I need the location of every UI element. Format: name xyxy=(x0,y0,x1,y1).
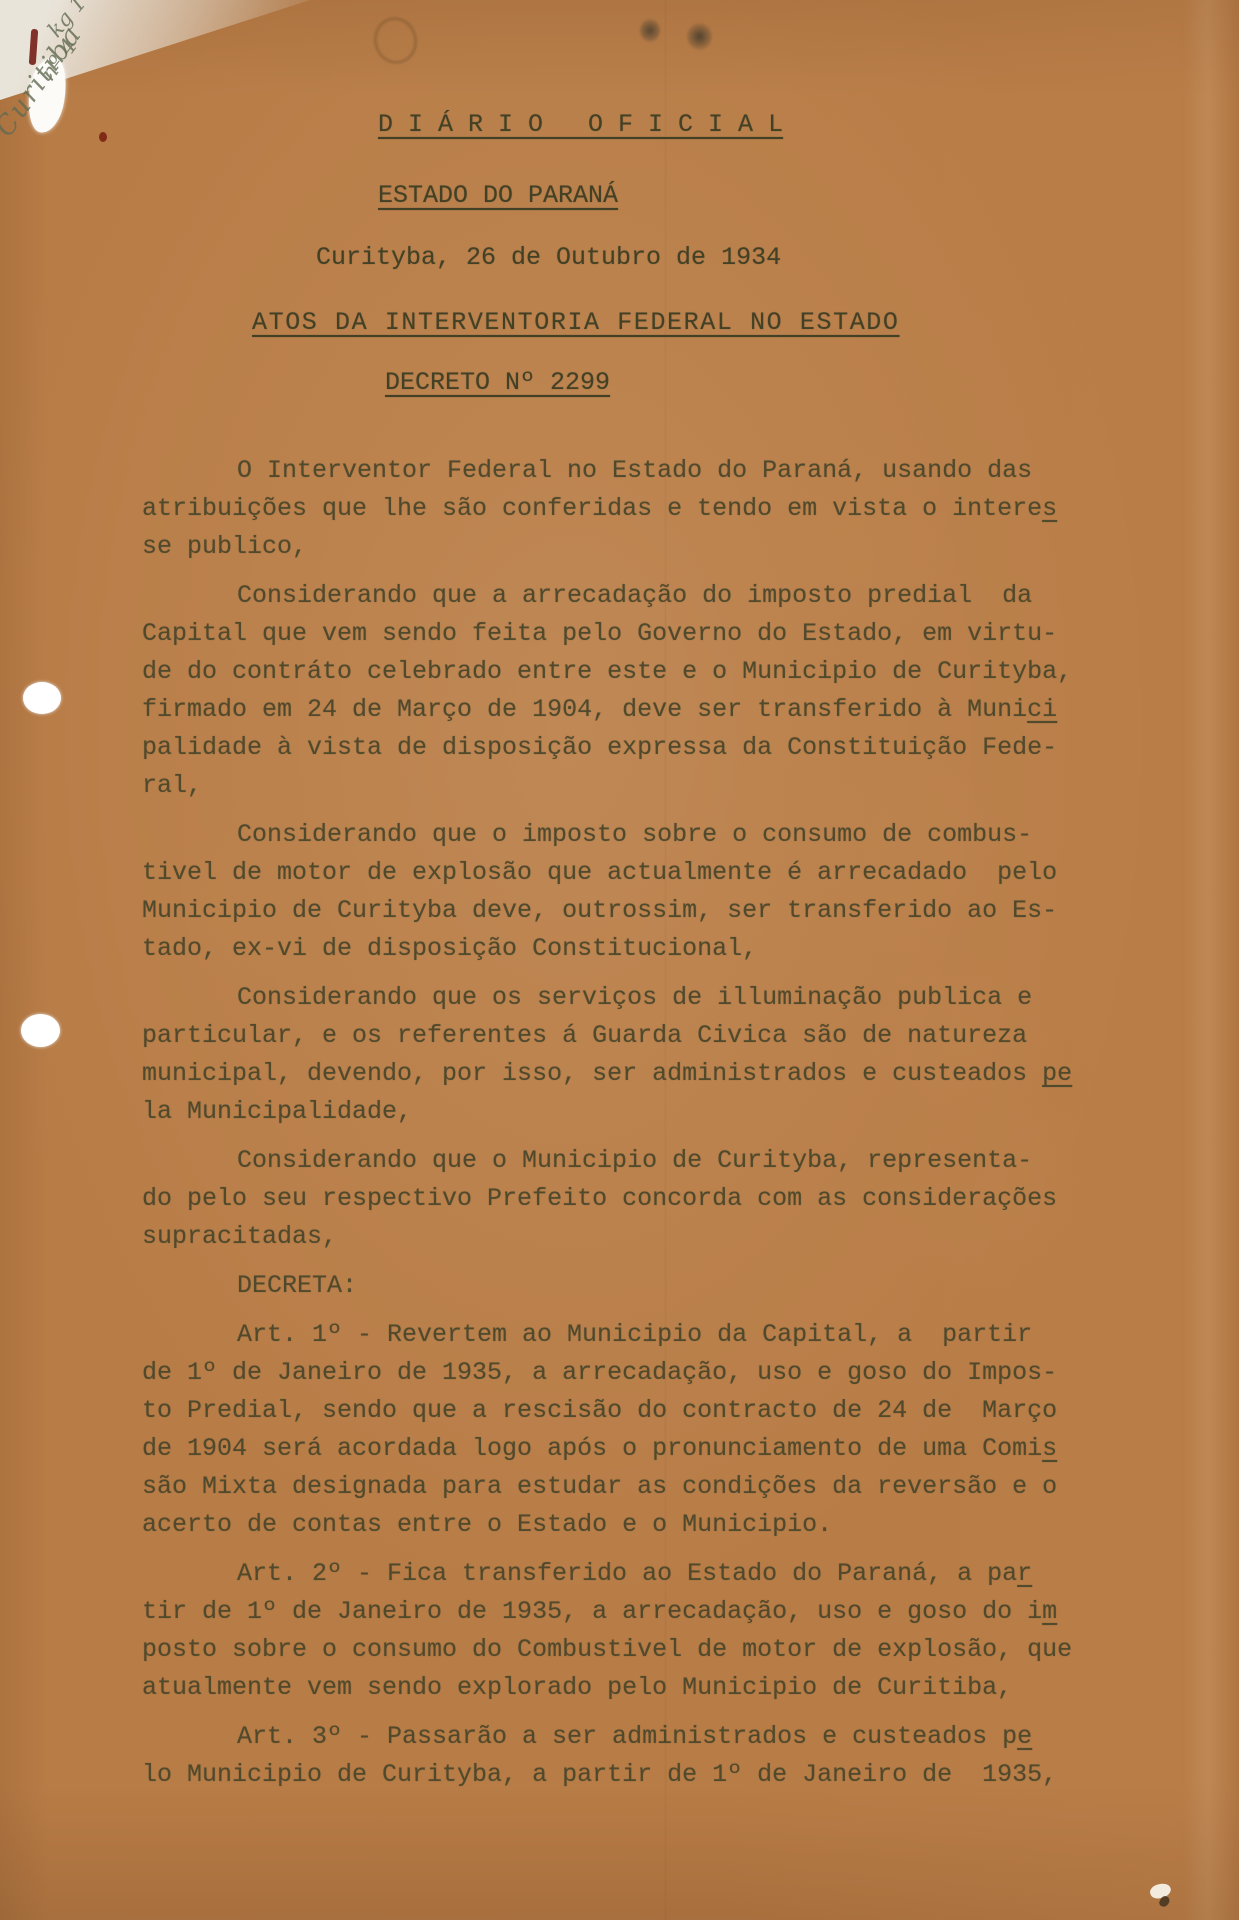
document-line: Considerando que a arrecadação do impost… xyxy=(142,577,1122,615)
paragraph: Art. 2º - Fica transferido ao Estado do … xyxy=(142,1555,1122,1707)
punch-hole xyxy=(23,682,61,714)
hyphenation-underline: s xyxy=(1042,494,1057,523)
document-line: Municipio de Curityba deve, outrossim, s… xyxy=(142,892,1122,930)
document-line: la Municipalidade, xyxy=(142,1093,1122,1131)
document-line: atualmente vem sendo explorado pelo Muni… xyxy=(142,1669,1122,1707)
paragraph: Art. 1º - Revertem ao Municipio da Capit… xyxy=(142,1316,1122,1544)
red-ink-dot xyxy=(99,132,107,142)
document-line: tir de 1º de Janeiro de 1935, a arrecada… xyxy=(142,1593,1122,1631)
document-line: acerto de contas entre o Estado e o Muni… xyxy=(142,1506,1122,1544)
paragraph: Considerando que os serviços de illumina… xyxy=(142,979,1122,1131)
hyphenation-underline: ci xyxy=(1027,695,1057,724)
document-line: lo Municipio de Curityba, a partir de 1º… xyxy=(142,1756,1122,1794)
document-line: palidade à vista de disposição expressa … xyxy=(142,729,1122,767)
document-line: firmado em 24 de Março de 1904, deve ser… xyxy=(142,691,1122,729)
paragraph: Art. 3º - Passarão a ser administrados e… xyxy=(142,1718,1122,1794)
document-line: Art. 2º - Fica transferido ao Estado do … xyxy=(142,1555,1122,1593)
document-line: Capital que vem sendo feita pelo Governo… xyxy=(142,615,1122,653)
hyphenation-underline: m xyxy=(1042,1597,1057,1626)
paragraph: Considerando que a arrecadação do impost… xyxy=(142,577,1122,805)
document-line: posto sobre o consumo do Combustivel de … xyxy=(142,1631,1122,1669)
state-title: ESTADO DO PARANÁ xyxy=(378,181,618,210)
document-line: particular, e os referentes á Guarda Civ… xyxy=(142,1017,1122,1055)
paragraph: O Interventor Federal no Estado do Paran… xyxy=(142,452,1122,566)
hyphenation-underline: e xyxy=(1017,1722,1032,1751)
document-line: Considerando que o Municipio de Curityba… xyxy=(142,1142,1122,1180)
document-line: do pelo seu respectivo Prefeito concorda… xyxy=(142,1180,1122,1218)
document-line: municipal, devendo, por isso, ser admini… xyxy=(142,1055,1122,1093)
document-line: Art. 1º - Revertem ao Municipio da Capit… xyxy=(142,1316,1122,1354)
document-line: são Mixta designada para estudar as cond… xyxy=(142,1468,1122,1506)
document-line: de 1904 será acordada logo após o pronun… xyxy=(142,1430,1122,1468)
document-line: tado, ex-vi de disposição Constitucional… xyxy=(142,930,1122,968)
paragraph: Considerando que o imposto sobre o consu… xyxy=(142,816,1122,968)
masthead-title: D I Á R I O O F I C I A L xyxy=(378,110,783,139)
document-line: to Predial, sendo que a rescisão do cont… xyxy=(142,1392,1122,1430)
document-line: atribuições que lhe são conferidas e ten… xyxy=(142,490,1122,528)
document-line: se publico, xyxy=(142,528,1122,566)
document-line: Considerando que os serviços de illumina… xyxy=(142,979,1122,1017)
document-line: de 1º de Janeiro de 1935, a arrecadação,… xyxy=(142,1354,1122,1392)
hyphenation-underline: r xyxy=(1017,1559,1032,1588)
section-heading: ATOS DA INTERVENTORIA FEDERAL NO ESTADO xyxy=(252,308,900,337)
document-line: de do contráto celebrado entre este e o … xyxy=(142,653,1122,691)
hyphenation-underline: pe xyxy=(1042,1059,1072,1088)
ink-blot xyxy=(687,23,712,50)
document-line: Art. 3º - Passarão a ser administrados e… xyxy=(142,1718,1122,1756)
scanned-document-page: kg 1 nº 4 Curitiba D I Á R I O O F I C I… xyxy=(0,0,1239,1920)
document-line: tivel de motor de explosão que actualmen… xyxy=(142,854,1122,892)
document-line: supracitadas, xyxy=(142,1218,1122,1256)
paragraph: Considerando que o Municipio de Curityba… xyxy=(142,1142,1122,1256)
hyphenation-underline: s xyxy=(1042,1434,1057,1463)
decree-heading: DECRETO Nº 2299 xyxy=(385,368,610,397)
document-line: ral, xyxy=(142,767,1122,805)
punch-hole xyxy=(21,1014,60,1047)
paragraph: DECRETA: xyxy=(142,1267,1122,1305)
dateline: Curityba, 26 de Outubro de 1934 xyxy=(316,243,781,272)
document-line: DECRETA: xyxy=(142,1267,1122,1305)
ink-blot xyxy=(640,19,660,42)
document-line: O Interventor Federal no Estado do Paran… xyxy=(142,452,1122,490)
document-body: O Interventor Federal no Estado do Paran… xyxy=(142,452,1122,1805)
document-line: Considerando que o imposto sobre o consu… xyxy=(142,816,1122,854)
